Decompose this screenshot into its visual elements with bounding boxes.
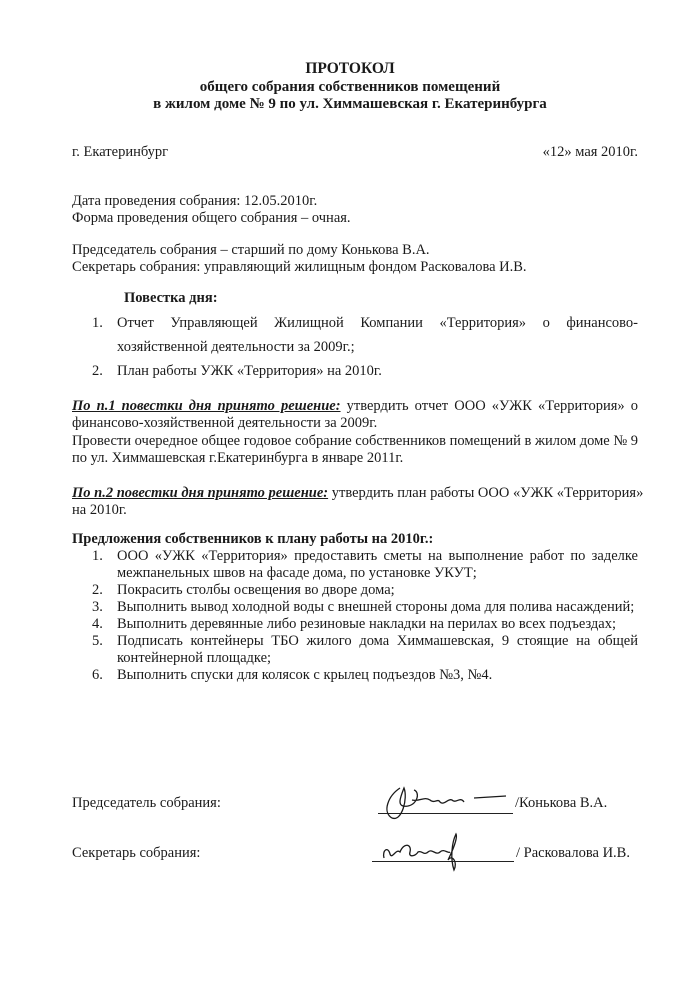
- meeting-form: Форма проведения общего собрания – очная…: [72, 210, 351, 227]
- proposals-heading: Предложения собственников к плану работы…: [72, 531, 433, 548]
- decision-2-cont: на 2010г.: [72, 502, 127, 519]
- agenda-heading: Повестка дня:: [124, 290, 218, 307]
- document-date: «12» мая 2010г.: [543, 144, 638, 161]
- agenda-item-number: 2.: [92, 363, 103, 380]
- decision-2: По п.2 повестки дня принято решение: утв…: [72, 485, 638, 502]
- decision-text: утвердить план работы ООО «УЖК «Территор…: [328, 485, 643, 501]
- proposal-text: Выполнить вывод холодной воды с внешней …: [117, 599, 634, 616]
- proposal-number: 1.: [92, 548, 103, 565]
- meeting-date: Дата проведения собрания: 12.05.2010г.: [72, 193, 317, 210]
- proposal-text: Выполнить деревянные либо резиновые накл…: [117, 616, 616, 633]
- decision-text: утвердить отчет ООО «УЖК «Территория» о: [341, 398, 638, 414]
- decision-1: По п.1 повестки дня принято решение: утв…: [72, 398, 638, 415]
- decision-label: По п.2 повестки дня принято решение:: [72, 485, 328, 501]
- agenda-item-text: Отчет Управляющей Жилищной Компании «Тер…: [117, 315, 638, 332]
- secretary-signature-label: Секретарь собрания:: [72, 845, 200, 862]
- document-subtitle-line1: общего собрания собственников помещений: [0, 79, 700, 96]
- agenda-item-number: 1.: [92, 315, 103, 332]
- proposal-number: 2.: [92, 582, 103, 599]
- proposal-text-cont: контейнерной площадке;: [117, 650, 271, 667]
- document-title: ПРОТОКОЛ: [0, 60, 700, 78]
- proposal-number: 6.: [92, 667, 103, 684]
- decision-label: По п.1 повестки дня принято решение:: [72, 398, 341, 414]
- proposal-number: 4.: [92, 616, 103, 633]
- document-subtitle-line2: в жилом доме № 9 по ул. Химмашевская г. …: [0, 96, 700, 113]
- secretary-line: Секретарь собрания: управляющий жилищным…: [72, 259, 527, 276]
- chairman-signature-icon: [378, 778, 518, 828]
- proposal-text: Покрасить столбы освещения во дворе дома…: [117, 582, 395, 599]
- chairman-name: /Конькова В.А.: [515, 795, 607, 812]
- proposal-text: Выполнить спуски для колясок с крылец по…: [117, 667, 492, 684]
- decision-1-cont: финансово-хозяйственной деятельности за …: [72, 415, 377, 432]
- proposal-number: 3.: [92, 599, 103, 616]
- agenda-item-text-cont: хозяйственной деятельности за 2009г.;: [117, 339, 355, 356]
- chairman-line: Председатель собрания – старший по дому …: [72, 242, 430, 259]
- place: г. Екатеринбург: [72, 144, 168, 161]
- chairman-signature-label: Председатель собрания:: [72, 795, 221, 812]
- decision-1-extra: Провести очередное общее годовое собрани…: [72, 433, 638, 450]
- secretary-name: / Расковалова И.В.: [516, 845, 630, 862]
- proposal-text: ООО «УЖК «Территория» предоставить сметы…: [117, 548, 638, 565]
- proposal-text-cont: межпанельных швов на фасаде дома, по уст…: [117, 565, 477, 582]
- proposal-number: 5.: [92, 633, 103, 650]
- decision-1-extra-cont: по ул. Химмашевская г.Екатеринбурга в ян…: [72, 450, 403, 467]
- secretary-signature-icon: [378, 830, 488, 880]
- agenda-item-text: План работы УЖК «Территория» на 2010г.: [117, 363, 382, 380]
- proposal-text: Подписать контейнеры ТБО жилого дома Хим…: [117, 633, 638, 650]
